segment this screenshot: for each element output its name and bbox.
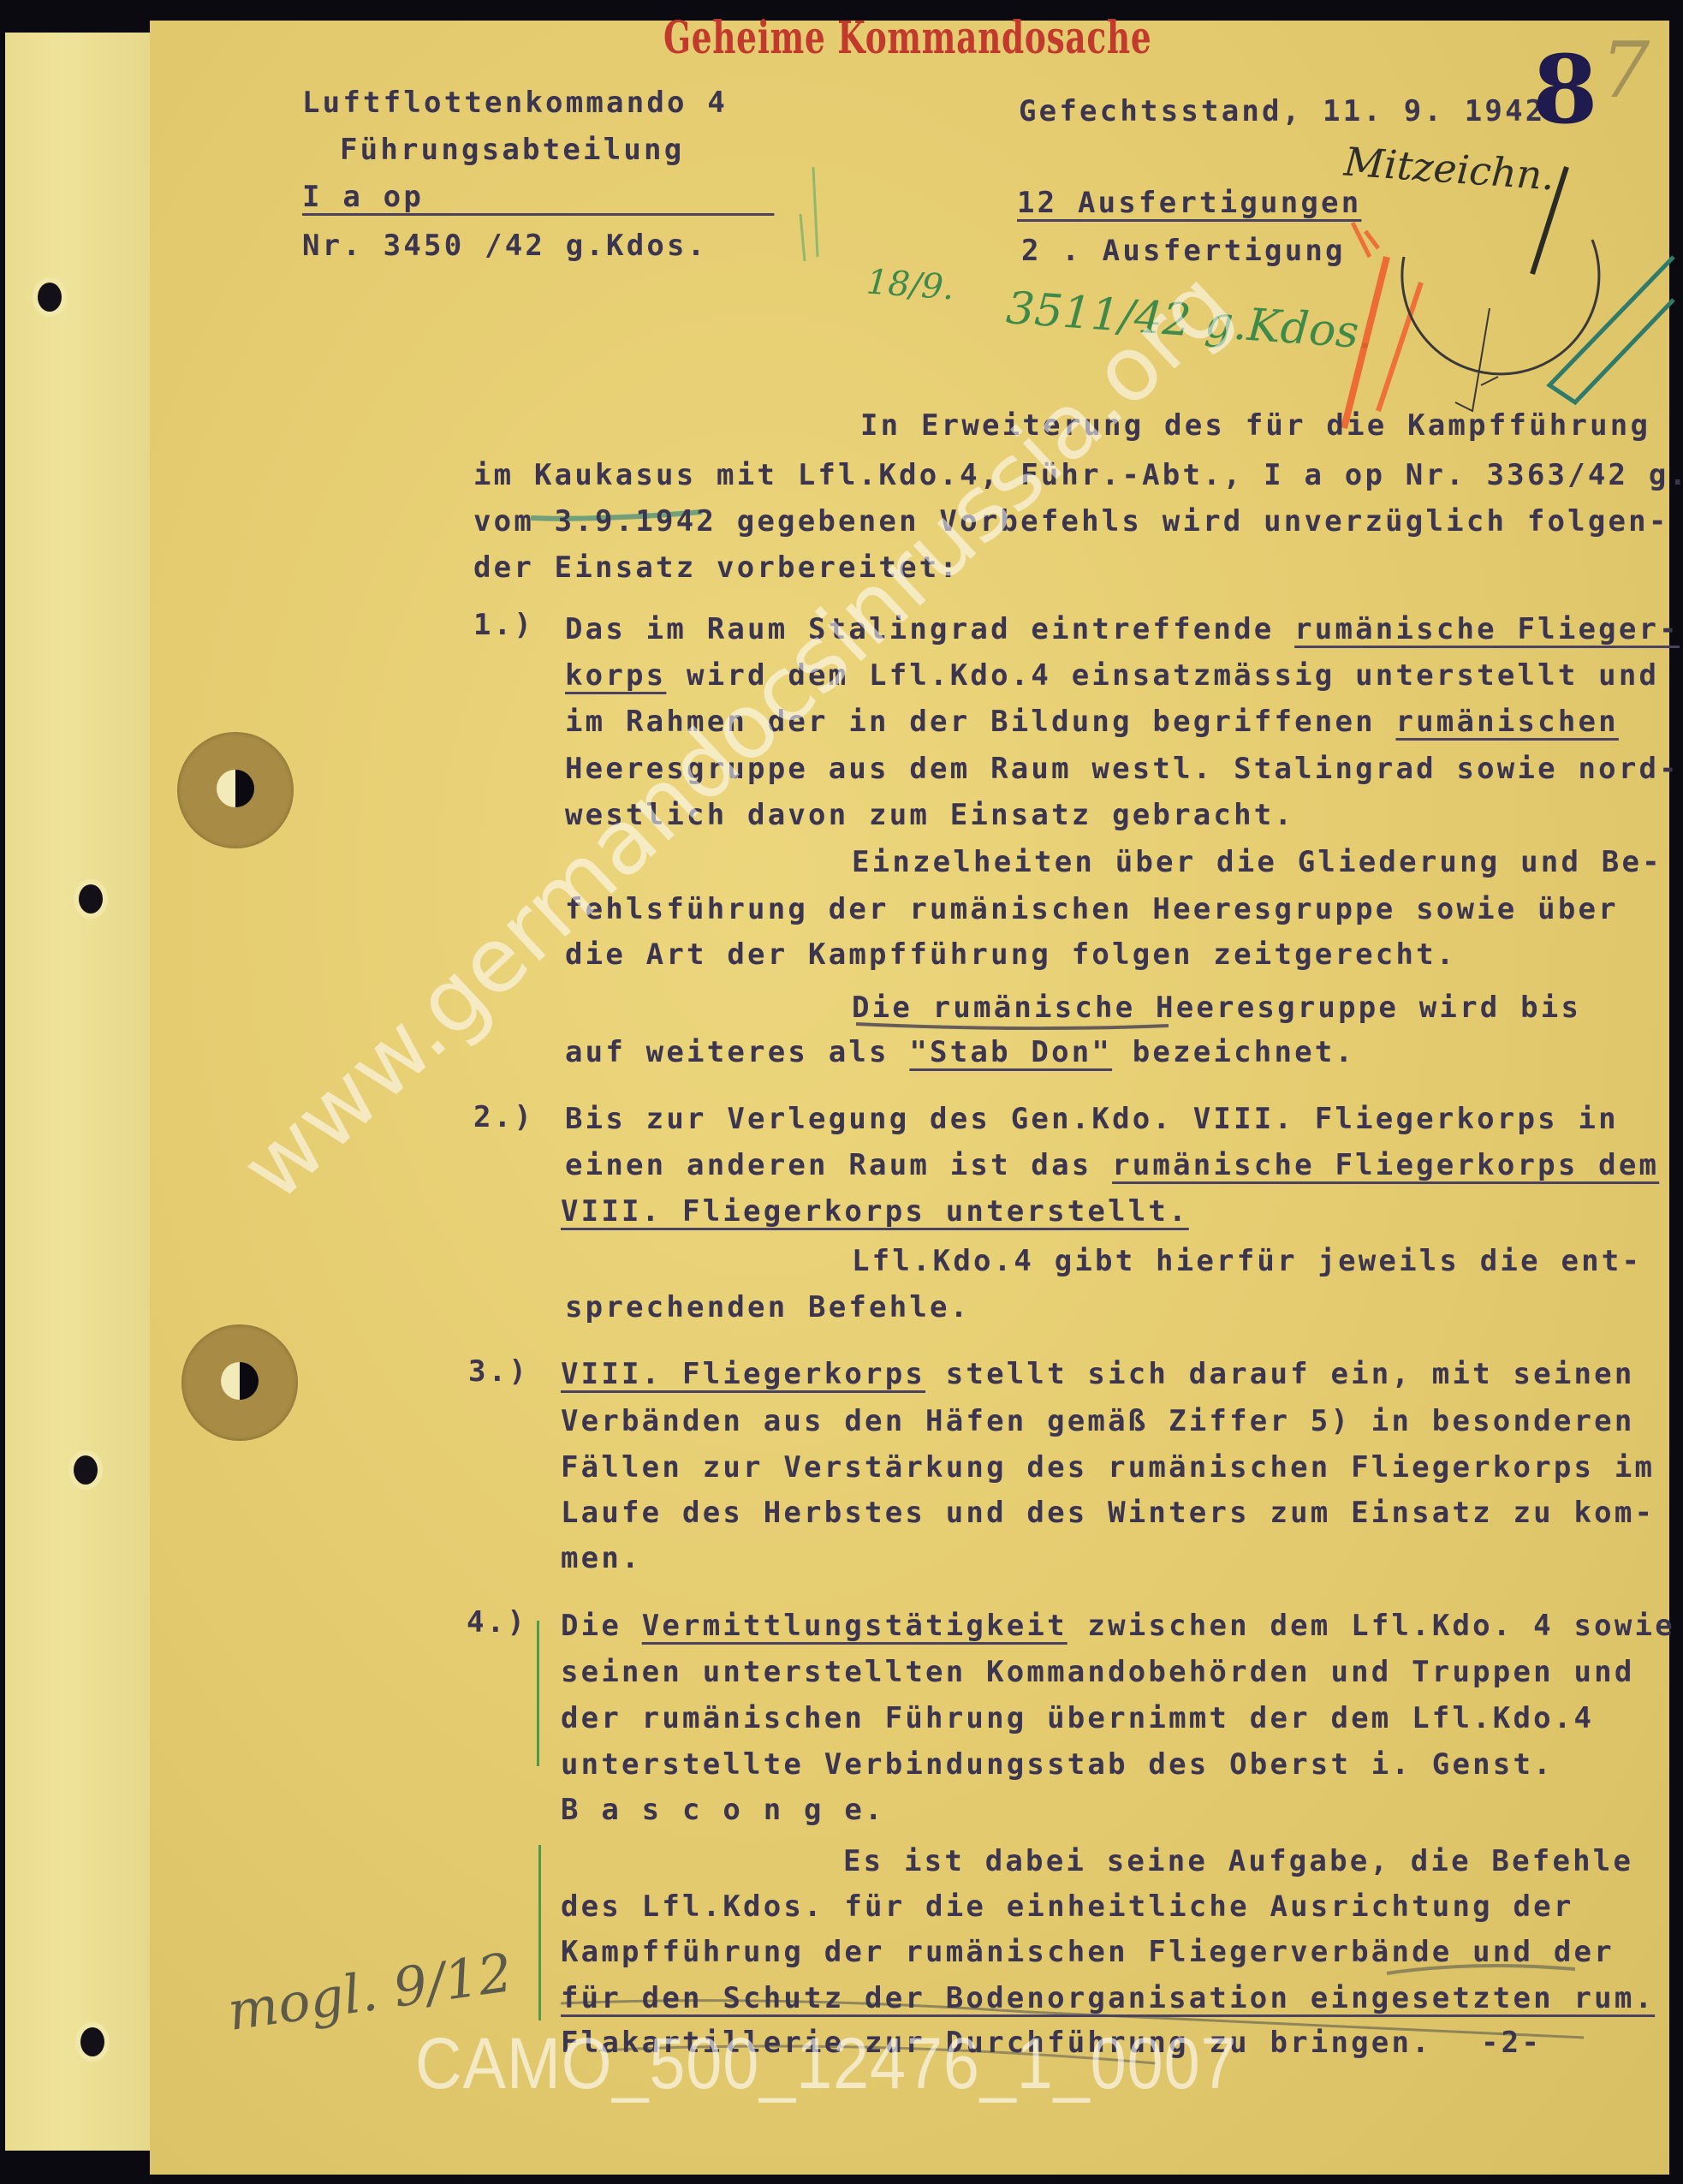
item-line: Lfl.Kdo.4 gibt hierfür jeweils die ent- [852,1247,1642,1276]
intro-line: vom 3.9.1942 gegebenen Vorbefehls wird u… [473,507,1669,536]
item-number: 2.) [473,1103,534,1132]
item-line: Das im Raum Stalingrad eintreffende rumä… [565,615,1680,644]
archive-id-watermark: CAMO_500_12476_1_0007 [415,2022,1237,2105]
item-line: des Lfl.Kdos. für die einheitliche Ausri… [561,1892,1574,1921]
item-line: die Art der Kampfführung folgen zeitgere… [565,940,1456,969]
item-line: Kampfführung der rumänischen Fliegerverb… [561,1937,1615,1967]
item-line: Fällen zur Verstärkung des rumänischen F… [561,1453,1655,1482]
intro-line: In Erweiterung des für die Kampfführung [860,411,1650,440]
item-number: 4.) [467,1608,527,1637]
continuation-mark: -2- [1481,2028,1542,2057]
item-line: B a s c o n g e. [561,1795,885,1824]
item-number: 3.) [468,1357,529,1386]
item-line: der rumänischen Führung übernimmt der de… [561,1704,1594,1733]
item-line: sprechenden Befehle. [565,1293,970,1322]
item-line: men. [561,1544,642,1573]
item-line: Verbänden aus den Häfen gemäß Ziffer 5) … [561,1407,1635,1436]
item-line: Es ist dabei seine Aufgabe, die Befehle [843,1847,1633,1876]
item-line: unterstellte Verbindungsstab des Oberst … [561,1750,1554,1779]
margin-line [538,1845,541,2020]
item-line: Die rumänische Heeresgruppe wird bis [852,993,1581,1022]
item-line: Die Vermittlungstätigkeit zwischen dem L… [561,1611,1675,1640]
item-line: seinen unterstellten Kommandobehörden un… [561,1657,1635,1687]
item-line: für den Schutz der Bodenorganisation ein… [561,1984,1655,2013]
item-line: fehlsführung der rumänischen Heeresgrupp… [565,895,1619,924]
item-line: VIII. Fliegerkorps stellt sich darauf ei… [561,1360,1635,1389]
item-line: einen anderen Raum ist das rumänische Fl… [565,1151,1659,1180]
item-number: 1.) [473,610,534,640]
margin-line [537,1621,539,1766]
item-line: auf weiteres als "Stab Don" bezeichnet. [565,1038,1355,1067]
item-line: Laufe des Herbstes und des Winters zum E… [561,1498,1655,1527]
item-line: Bis zur Verlegung des Gen.Kdo. VIII. Fli… [565,1104,1619,1134]
item-line: VIII. Fliegerkorps unterstellt. [561,1197,1189,1226]
item-line: Einzelheiten über die Gliederung und Be- [852,848,1662,877]
